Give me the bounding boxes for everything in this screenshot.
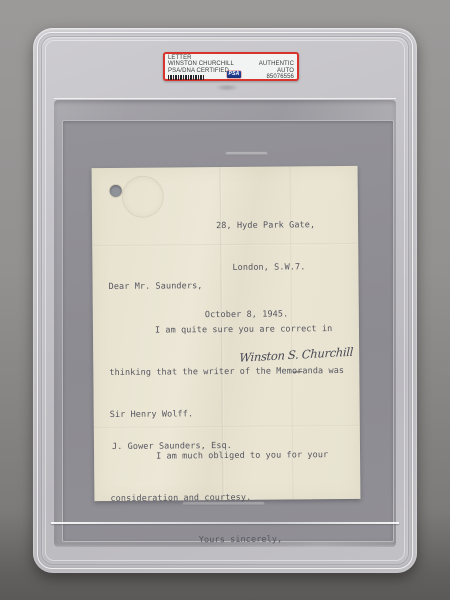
psa-cert-label: LETTER WINSTON CHURCHILL AUTHENTIC PSA/D… xyxy=(163,52,299,81)
recipient-line: J. Gower Saunders, Esq. xyxy=(112,439,232,454)
letter-body: Dear Mr. Saunders, I am quite sure you a… xyxy=(108,250,346,576)
punch-hole xyxy=(110,185,122,197)
closing-line: Yours sincerely, xyxy=(199,532,346,547)
sleeve-clip-slot-top xyxy=(225,151,268,156)
barcode-icon xyxy=(168,75,204,80)
salutation-line: Dear Mr. Saunders, xyxy=(109,278,344,294)
body-line-5: consideration and courtesy. xyxy=(110,490,345,506)
body-line-3: Sir Henry Wolff. xyxy=(110,406,345,422)
psa-logo-icon: PSA xyxy=(227,71,241,78)
churchill-typed-letter: 28, Hyde Park Gate, London, S.W.7. Octob… xyxy=(92,166,361,501)
body-line-1: I am quite sure you are correct in xyxy=(155,322,344,338)
embossed-seal xyxy=(122,176,164,218)
psa-graded-slab: LETTER WINSTON CHURCHILL AUTHENTIC PSA/D… xyxy=(33,28,417,573)
body-line-2: thinking that the writer of the Memorand… xyxy=(109,364,344,380)
label-certifier: PSA/DNA CERTIFIED xyxy=(168,68,229,74)
address-line-1: 28, Hyde Park Gate, xyxy=(216,218,315,233)
label-cert-number: 85076556 xyxy=(267,74,295,80)
embossed-psa-hologram-mark xyxy=(215,84,239,91)
